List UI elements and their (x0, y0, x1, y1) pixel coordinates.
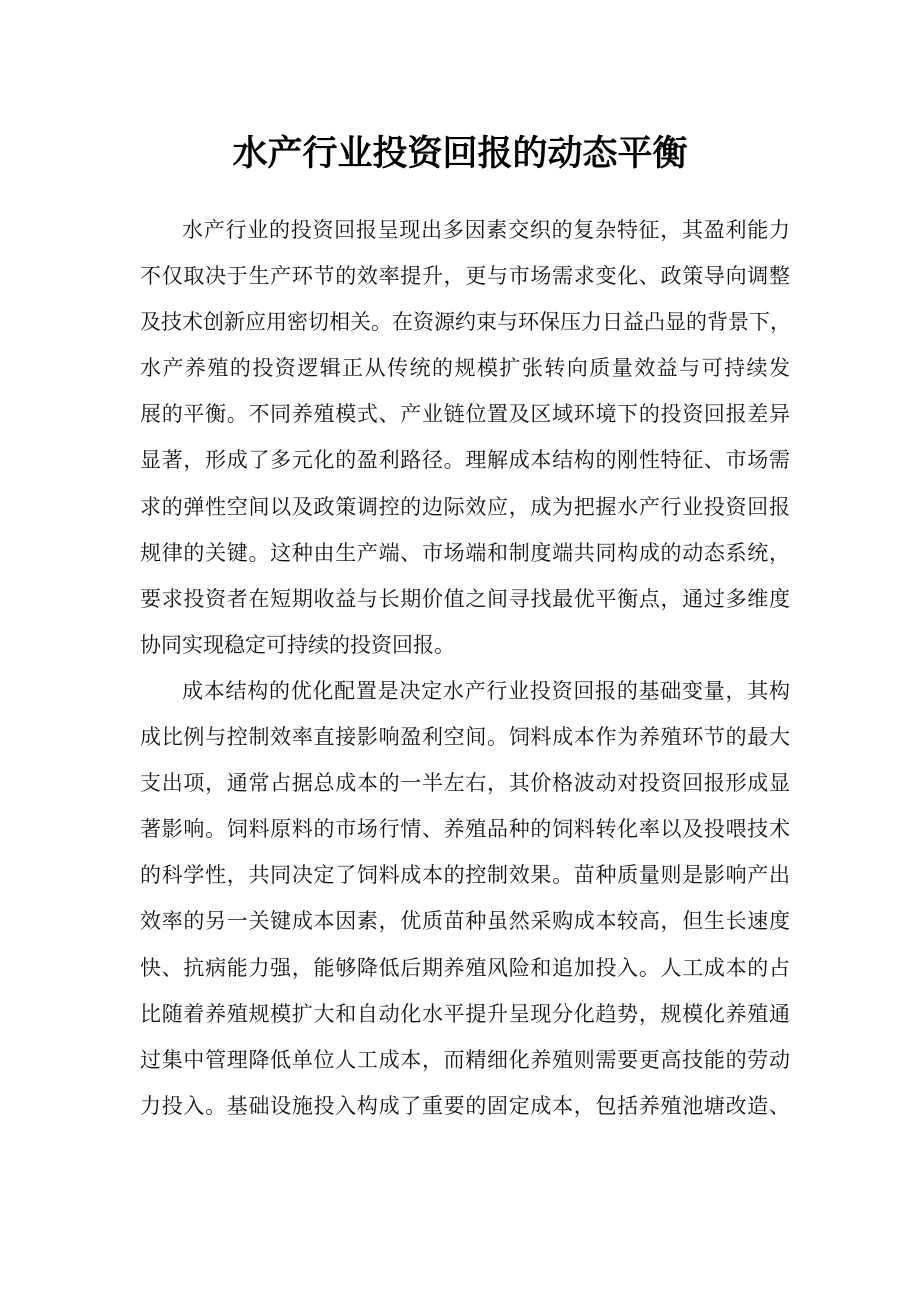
text-line: 著影响。饲料原料的市场行情、养殖品种的饲料转化率以及投喂技术 (140, 806, 790, 852)
text-line: 比随着养殖规模扩大和自动化水平提升呈现分化趋势，规模化养殖通 (140, 991, 790, 1037)
text-line: 规律的关键。这种由生产端、市场端和制度端共同构成的动态系统， (140, 530, 790, 576)
text-line: 成比例与控制效率直接影响盈利空间。饲料成本作为养殖环节的最大 (140, 714, 790, 760)
text-line: 协同实现稳定可持续的投资回报。 (140, 622, 790, 668)
text-line: 要求投资者在短期收益与长期价值之间寻找最优平衡点，通过多维度 (140, 576, 790, 622)
text-line: 的科学性，共同决定了饲料成本的控制效果。苗种质量则是影响产出 (140, 852, 790, 898)
paragraph-2: 成本结构的优化配置是决定水产行业投资回报的基础变量，其构 成比例与控制效率直接影… (140, 668, 790, 1129)
text-line: 支出项，通常占据总成本的一半左右，其价格波动对投资回报形成显 (140, 760, 790, 806)
text-line: 成本结构的优化配置是决定水产行业投资回报的基础变量，其构 (140, 668, 790, 714)
text-line: 力投入。基础设施投入构成了重要的固定成本，包括养殖池塘改造、 (140, 1083, 790, 1129)
text-line: 快、抗病能力强，能够降低后期养殖风险和追加投入。人工成本的占 (140, 945, 790, 991)
text-line: 水产行业的投资回报呈现出多因素交织的复杂特征，其盈利能力 (140, 207, 790, 253)
text-line: 展的平衡。不同养殖模式、产业链位置及区域环境下的投资回报差异 (140, 391, 790, 437)
text-line: 过集中管理降低单位人工成本，而精细化养殖则需要更高技能的劳动 (140, 1037, 790, 1083)
text-line: 效率的另一关键成本因素，优质苗种虽然采购成本较高，但生长速度 (140, 898, 790, 944)
text-line: 显著，形成了多元化的盈利路径。理解成本结构的刚性特征、市场需 (140, 437, 790, 483)
document-title: 水产行业投资回报的动态平衡 (0, 128, 920, 180)
document-page: 水产行业投资回报的动态平衡 水产行业的投资回报呈现出多因素交织的复杂特征，其盈利… (0, 0, 920, 1302)
paragraph-1: 水产行业的投资回报呈现出多因素交织的复杂特征，其盈利能力 不仅取决于生产环节的效… (140, 207, 790, 668)
text-line: 水产养殖的投资逻辑正从传统的规模扩张转向质量效益与可持续发 (140, 345, 790, 391)
text-line: 及技术创新应用密切相关。在资源约束与环保压力日益凸显的背景下， (140, 299, 790, 345)
document-body: 水产行业的投资回报呈现出多因素交织的复杂特征，其盈利能力 不仅取决于生产环节的效… (140, 207, 790, 1129)
text-line: 求的弹性空间以及政策调控的边际效应，成为把握水产行业投资回报 (140, 484, 790, 530)
text-line: 不仅取决于生产环节的效率提升，更与市场需求变化、政策导向调整 (140, 253, 790, 299)
